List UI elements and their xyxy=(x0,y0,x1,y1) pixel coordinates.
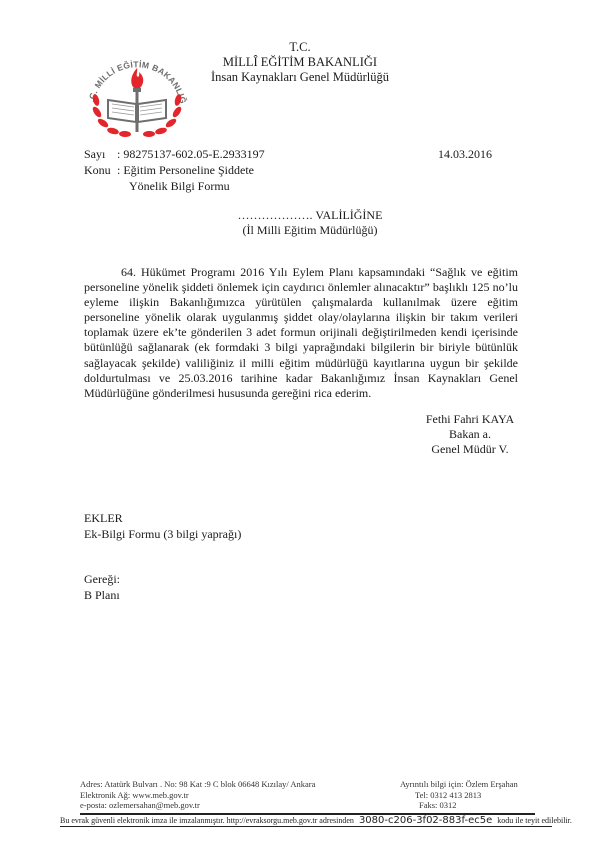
footer-fax: Faks: 0312 xyxy=(400,800,550,811)
addressee-line1: ………………. VALİLİĞİNE xyxy=(200,208,420,223)
body-paragraph: 64. Hükümet Programı 2016 Yılı Eylem Pla… xyxy=(84,265,518,401)
document-date: 14.03.2016 xyxy=(438,146,492,162)
distribution-heading: Gereği: xyxy=(84,571,120,587)
footer-contact-person: Ayrıntılı bilgi için: Özlem Erşahan xyxy=(400,779,550,790)
addressee: ………………. VALİLİĞİNE (İl Milli Eğitim Müdü… xyxy=(200,208,420,238)
verification-code: 3080-c206-3f02-883f-ec5e xyxy=(356,815,495,826)
header-directorate: İnsan Kaynakları Genel Müdürlüğü xyxy=(180,70,420,85)
konu-label: Konu xyxy=(84,162,117,178)
footer-email: e-posta: ozlemersahan@meb.gov.tr xyxy=(80,800,315,811)
header-ministry: MİLLÎ EĞİTİM BAKANLIĞI xyxy=(180,55,420,70)
signatory-name: Fethi Fahri KAYA xyxy=(405,412,535,427)
attachments-heading: EKLER xyxy=(84,510,241,526)
distribution-item: B Planı xyxy=(84,587,120,603)
footer-address-line: Adres: Atatürk Bulvarı . No: 98 Kat :9 C… xyxy=(80,779,315,790)
attachments: EKLER Ek-Bilgi Formu (3 bilgi yaprağı) xyxy=(84,510,241,542)
document-meta: Sayı: 98275137-602.05-E.2933197 Konu: Eğ… xyxy=(84,146,265,194)
svg-text:T.C. MİLLİ EĞİTİM BAKANLIĞI: T.C. MİLLİ EĞİTİM BAKANLIĞI xyxy=(72,30,189,105)
addressee-line2: (İl Milli Eğitim Müdürlüğü) xyxy=(200,223,420,238)
signatory-title2: Genel Müdür V. xyxy=(405,442,535,457)
konu-value-continued: Yönelik Bilgi Formu xyxy=(84,178,265,194)
verification-prefix: Bu evrak güvenli elektronik imza ile imz… xyxy=(60,816,354,825)
sayi-value: : 98275137-602.05-E.2933197 xyxy=(117,147,265,161)
logo-ring-text: T.C. MİLLİ EĞİTİM BAKANLIĞI xyxy=(72,30,189,105)
signature-block: Fethi Fahri KAYA Bakan a. Genel Müdür V. xyxy=(405,412,535,457)
footer-contact: Ayrıntılı bilgi için: Özlem Erşahan Tel:… xyxy=(400,779,550,811)
letter-body: 64. Hükümet Programı 2016 Yılı Eylem Pla… xyxy=(84,265,518,401)
letterhead: T.C. MİLLÎ EĞİTİM BAKANLIĞI İnsan Kaynak… xyxy=(180,40,420,85)
verification-suffix: kodu ile teyit edilebilir. xyxy=(497,816,572,825)
footer-network: Elektronik Ağ: www.meb.gov.tr xyxy=(80,790,315,801)
footer-tel: Tel: 0312 413 2813 xyxy=(400,790,550,801)
attachment-item: Ek-Bilgi Formu (3 bilgi yaprağı) xyxy=(84,526,241,542)
verification-underline xyxy=(60,826,552,827)
verification-line: Bu evrak güvenli elektronik imza ile imz… xyxy=(60,816,560,826)
header-state: T.C. xyxy=(180,40,420,55)
sayi-row: Sayı: 98275137-602.05-E.2933197 xyxy=(84,146,265,162)
footer-address: Adres: Atatürk Bulvarı . No: 98 Kat :9 C… xyxy=(80,779,315,811)
signatory-title1: Bakan a. xyxy=(405,427,535,442)
distribution: Gereği: B Planı xyxy=(84,571,120,603)
konu-value: : Eğitim Personeline Şiddete xyxy=(117,163,254,177)
konu-row: Konu: Eğitim Personeline Şiddete xyxy=(84,162,265,178)
sayi-label: Sayı xyxy=(84,146,117,162)
